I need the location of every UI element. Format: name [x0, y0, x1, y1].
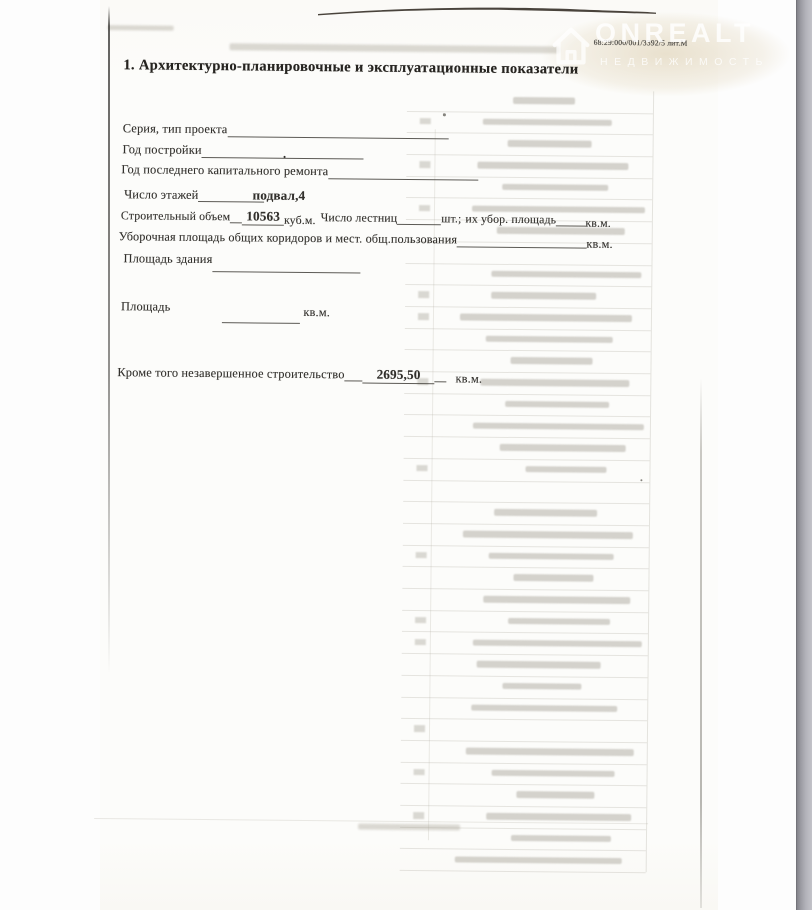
page-edge-left — [108, 6, 110, 674]
bleedthrough-text — [500, 444, 626, 452]
bleedthrough-text — [491, 769, 614, 777]
field-label: Серия, тип проекта — [123, 121, 228, 137]
bleedthrough-text — [488, 552, 613, 560]
blank-line — [227, 136, 448, 139]
photo-edge-bar — [796, 0, 812, 910]
bleedthrough-text — [477, 162, 628, 170]
field-construction-volume: Строительный объем10563куб.м.Число лестн… — [121, 207, 611, 229]
field-series-type: Серия, тип проекта — [123, 121, 449, 141]
bleedthrough-table — [400, 89, 654, 872]
field-value: подвал,4 — [252, 187, 309, 204]
blank-line — [556, 225, 585, 226]
bleedthrough-text — [463, 531, 633, 539]
page-edge-top — [0, 0, 812, 22]
cadastral-number: 68:29:000/001/3392/5 лит.М — [594, 38, 688, 48]
field-label: Строительный объем — [121, 208, 231, 224]
scan-speck — [443, 113, 446, 116]
blank-line — [290, 158, 364, 160]
bleedthrough-text — [513, 574, 593, 581]
blank-line — [397, 224, 441, 225]
unit-label: куб.м. — [284, 213, 316, 228]
bleedthrough-text — [511, 357, 593, 364]
bleedthrough-text — [508, 618, 610, 625]
bleedthrough-text — [460, 313, 632, 321]
bleedthrough-text — [477, 661, 601, 669]
bleedthrough-text — [483, 596, 630, 604]
bleedthrough-text — [491, 270, 641, 278]
field-label: Площадь здания — [123, 251, 212, 267]
bleedthrough-row-number — [418, 313, 429, 320]
bleedthrough-text — [494, 509, 597, 516]
page-edge-right — [700, 378, 702, 908]
bleedthrough-text — [473, 422, 644, 430]
blank-line — [230, 222, 242, 223]
bleedthrough-text — [486, 813, 631, 821]
blank-line — [345, 380, 363, 381]
field-label: Площадь — [121, 299, 171, 314]
unit-label: шт.; — [441, 211, 461, 226]
bleedthrough-row-number — [413, 812, 424, 819]
unit-label: кв.м. — [303, 305, 330, 320]
bleedthrough-fragment — [108, 25, 174, 31]
blank-line — [202, 157, 280, 159]
bleedthrough-text — [482, 118, 611, 126]
bleedthrough-text — [466, 748, 634, 756]
bleedthrough-text — [525, 466, 606, 473]
bleedthrough-text — [471, 704, 617, 712]
bleedthrough-text — [505, 401, 609, 408]
bleedthrough-text — [502, 683, 581, 690]
bleedthrough-fragment — [358, 824, 460, 831]
field-unfinished-construction: Кроме того незавершенное строительство26… — [117, 364, 482, 385]
field-build-year: Год постройки. — [122, 142, 363, 161]
bleedthrough-heading — [230, 43, 560, 53]
bleedthrough-text — [511, 835, 611, 842]
bleedthrough-text — [473, 639, 642, 647]
field-label: Число этажей — [124, 187, 199, 203]
bleedthrough-text — [502, 184, 608, 192]
unit-label: кв.м. — [455, 371, 482, 386]
bleedthrough-row-number — [415, 639, 426, 646]
field-label: Год постройки — [122, 142, 201, 158]
bleedthrough-row — [400, 848, 646, 873]
blank-line — [434, 381, 446, 382]
section-title: 1. Архитектурно-планировочные и эксплуат… — [123, 57, 578, 78]
field-label: Число лестниц — [321, 210, 398, 226]
bleedthrough-row-number — [416, 552, 427, 559]
stray-dot: . — [280, 150, 290, 159]
field-value: 10563 — [242, 208, 284, 225]
blank-line — [328, 178, 478, 180]
bleedthrough-row-number — [415, 617, 426, 624]
blank-line — [212, 271, 360, 273]
bleedthrough-row-number — [416, 465, 427, 472]
bleedthrough-text — [454, 856, 621, 864]
bleedthrough-text — [480, 379, 629, 387]
document-scan: 68:29:000/001/3392/5 лит.М 1. Архитектур… — [0, 0, 812, 910]
bleedthrough-row-number — [414, 725, 425, 732]
unit-label: кв.м. — [585, 216, 611, 231]
bleedthrough-text — [491, 292, 596, 300]
field-label: Уборочная площадь общих коридоров и мест… — [119, 229, 458, 247]
scan-speck — [640, 479, 642, 481]
blank-line — [222, 322, 300, 324]
bleedthrough-text — [513, 97, 575, 104]
field-area: Площадькв.м. — [121, 299, 330, 318]
unit-label: кв.м. — [586, 237, 612, 252]
scan-content: 68:29:000/001/3392/5 лит.М 1. Архитектур… — [91, 0, 740, 910]
bleedthrough-text — [516, 791, 594, 798]
field-common-area: Уборочная площадь общих коридоров и мест… — [119, 229, 613, 251]
field-label: их убор. площадь — [465, 212, 556, 228]
bleedthrough-text — [508, 140, 592, 147]
bleedthrough-row-number — [418, 291, 429, 298]
field-last-overhaul-year: Год последнего капитального ремонта — [121, 162, 478, 182]
field-building-area: Площадь здания — [123, 251, 360, 270]
blank-line — [457, 246, 586, 248]
field-label: Год последнего капитального ремонта — [121, 162, 328, 179]
bleedthrough-text — [485, 335, 612, 343]
field-floors: Число этажейподвал,4 — [124, 186, 309, 205]
field-value: 2695,50 — [363, 367, 435, 385]
field-label: Кроме того незавершенное строительство — [117, 365, 344, 382]
bleedthrough-row-number — [414, 769, 425, 776]
